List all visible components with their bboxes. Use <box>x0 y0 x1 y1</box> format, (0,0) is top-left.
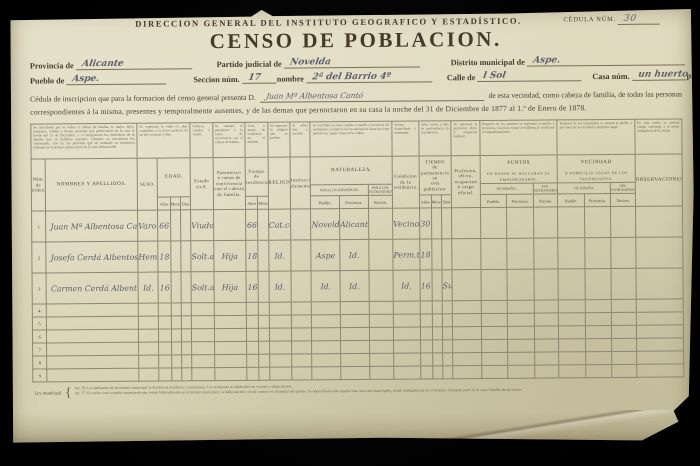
entry-cell <box>612 299 637 312</box>
entry-cell <box>171 355 181 368</box>
entry-cell <box>247 354 259 367</box>
entry-cell <box>453 327 482 340</box>
entry-cell: 66 <box>158 210 170 241</box>
entry-cell: 18 <box>246 240 258 271</box>
entry-cell <box>432 301 442 314</box>
col-profesion: Profesion, oficio, ocupacion ó cargo ofi… <box>451 156 480 208</box>
entry-cell: 16 <box>420 270 432 301</box>
entry-cell <box>534 326 559 339</box>
entry-cell <box>559 326 586 339</box>
entry-cell <box>368 239 393 270</box>
entry-cell <box>259 302 269 315</box>
puntos-title: PUNTOS <box>507 161 530 166</box>
distrito-label: Distrito municipal de <box>451 58 528 68</box>
entry-cell <box>585 300 612 313</box>
entry-cell <box>480 207 507 238</box>
vecindad-extranjero: DEL EXTRANJERO. <box>611 182 636 193</box>
row-number-cell: 4 <box>32 304 46 317</box>
entry-cell <box>612 325 637 338</box>
entry-cell <box>559 300 586 313</box>
row-number-cell: 3 <box>32 273 47 304</box>
entry-cell <box>213 209 246 240</box>
entry-cell <box>369 270 394 301</box>
instructions-row: Se inscribirán por su órden el cabeza de… <box>31 119 682 159</box>
entry-cell <box>214 341 247 354</box>
entry-cell <box>452 239 481 270</box>
col-edad-group: EDAD. <box>158 158 191 197</box>
col-sexo: SEXO. <box>137 158 158 210</box>
entry-cell <box>559 313 586 326</box>
entry-cell <box>585 326 612 339</box>
col-puntos-group: PUNTOS EN DONDE SE HALLABAN AL EMPADRONA… <box>480 155 558 184</box>
puntos-subtitle: EN DONDE SE HALLABAN AL EMPADRONARSE. <box>487 172 550 182</box>
entry-cell <box>611 237 636 268</box>
entry-cell <box>182 368 192 381</box>
entry-cell <box>291 328 311 341</box>
entry-cell <box>431 208 441 239</box>
cedula-value: 30 <box>618 15 662 25</box>
entry-cell: Vecino <box>393 208 420 239</box>
entry-cell <box>192 355 215 368</box>
entry-cell <box>368 208 393 239</box>
entry-cell <box>341 353 370 366</box>
entry-cell <box>507 269 534 300</box>
instruction-cell: Vecino, domiciliado ó transeunte. <box>392 121 419 156</box>
entry-cell: Juan Mª Albentosa Cantó <box>46 210 138 242</box>
entry-cell <box>636 237 683 268</box>
entry-cell <box>139 368 159 381</box>
casa-label: Casa núm. <box>592 72 632 81</box>
col-observaciones: OBSERVACIONES. <box>635 154 683 206</box>
entry-cell <box>508 365 535 378</box>
entry-cell <box>394 366 421 379</box>
entry-cell: 16 <box>158 272 170 303</box>
entry-cell <box>442 314 452 327</box>
entry-cell <box>443 353 453 366</box>
entry-cell <box>138 316 158 329</box>
pueblo-label: Pueblo de <box>30 76 67 85</box>
col-num-orden: Núm. de órden. <box>31 159 46 211</box>
entry-cell: 18 <box>158 241 170 272</box>
puntos-nacion: Nacion. <box>533 194 558 207</box>
entry-cell <box>481 352 508 365</box>
instruction-cell: Se expresará la religion que se profese. <box>267 122 290 157</box>
nombre-value: 2ª del Barrio 4º <box>306 72 434 83</box>
entry-cell <box>508 313 535 326</box>
footnote-text: Art. 16. Los habitantes de un término mu… <box>74 382 672 396</box>
document-content: DIRECCION GENERAL DEL INSTITUTO GEOGRAFI… <box>30 14 685 398</box>
entry-cell <box>369 301 394 314</box>
instruction-cell: Años, meses y dias de permanencia en la … <box>418 121 451 156</box>
row-number-cell: 1 <box>32 211 47 242</box>
entry-cell <box>291 302 311 315</box>
entry-cell <box>432 340 442 353</box>
entry-cell <box>214 302 247 315</box>
entry-cell <box>258 209 268 240</box>
entry-cell: Id. <box>393 270 420 301</box>
piso-label: piso <box>687 71 700 80</box>
entry-cell <box>453 314 482 327</box>
col-tiempo-permanencia-group: TIEMPO de permanencia en esta poblacion. <box>419 156 452 195</box>
intro-line2: correspondientes á la misma, presentes y… <box>30 101 682 117</box>
entry-cell <box>585 269 612 300</box>
entry-cell <box>612 312 637 325</box>
entry-cell <box>171 272 181 303</box>
entry-cell: Carmen Cerdá Albentosa <box>46 272 138 304</box>
entry-cell <box>452 270 481 301</box>
entry-cell <box>340 327 369 340</box>
naturaleza-pueblo: Pueblo. <box>311 196 340 209</box>
entry-cell <box>181 241 191 272</box>
entry-cell <box>612 364 637 377</box>
census-document-paper: DIRECCION GENERAL DEL INSTITUTO GEOGRAFI… <box>7 5 695 452</box>
entry-cell <box>171 342 181 355</box>
entry-cell <box>420 353 432 366</box>
entry-cell <box>171 303 181 316</box>
entry-cell <box>481 339 508 352</box>
entry-cell <box>481 300 508 313</box>
vecindad-title: VECINDAD <box>581 160 612 165</box>
entry-cell <box>394 353 421 366</box>
page-title: CENSO DE POBLACION. <box>30 25 682 55</box>
entry-cell <box>559 339 586 352</box>
row-number-cell: 9 <box>33 369 47 382</box>
entry-cell <box>507 207 534 238</box>
entry-cell <box>138 303 158 316</box>
entry-cell <box>170 210 180 241</box>
entry-cell <box>312 354 341 367</box>
paper-crease <box>379 410 695 442</box>
entry-cell <box>159 355 171 368</box>
entry-cell: Aspe <box>311 240 340 271</box>
entry-cell <box>214 367 247 380</box>
entry-cell <box>269 341 292 354</box>
entry-cell <box>612 338 637 351</box>
entry-cell <box>259 341 269 354</box>
entry-cell <box>258 271 268 302</box>
entry-cell <box>508 352 535 365</box>
col-vecindad-group: VECINDAD Ó DOMICILIO LEGAL DE LOS TRANSE… <box>557 154 635 183</box>
entry-cell <box>534 269 559 300</box>
entry-cell <box>247 367 259 380</box>
entry-cell: Novelda <box>311 209 340 240</box>
entry-cell <box>191 303 214 316</box>
instruction-cell: Respecto de los ausentes se expresará el… <box>480 120 558 156</box>
row-number-cell: 2 <box>32 242 47 273</box>
intro-pre: Cédula de inscripcion que para la formac… <box>30 92 256 105</box>
entry-cell <box>180 210 190 241</box>
entry-cell <box>534 352 559 365</box>
entry-cell: 30 <box>419 208 431 239</box>
row-number-cell: 6 <box>32 330 46 343</box>
entry-cell <box>453 353 482 366</box>
entry-cell <box>340 301 369 314</box>
entry-cell <box>481 313 508 326</box>
partido-value: Novelda <box>284 57 422 68</box>
seccion-label: Seccion núm. <box>193 75 242 84</box>
entry-cell: Varon <box>138 210 159 241</box>
entry-cell <box>585 313 612 326</box>
entry-cell <box>369 327 394 340</box>
entry-cell: Id. <box>268 240 291 271</box>
entry-cell <box>47 329 139 343</box>
entry-cell <box>442 239 452 270</box>
entry-cell <box>393 314 420 327</box>
seccion-value: 17 <box>242 74 278 84</box>
entry-cell <box>192 368 215 381</box>
entry-cell <box>442 208 452 239</box>
entry-cell: Josefa Cerdá Albentosa <box>46 241 138 273</box>
casa-value: un huerto <box>632 70 688 80</box>
entry-cell <box>420 314 432 327</box>
entry-cell: Viudo <box>191 210 214 241</box>
entry-cell <box>585 238 612 269</box>
entry-cell <box>508 326 535 339</box>
entry-cell <box>269 328 292 341</box>
entry-cell <box>192 342 215 355</box>
entry-cell <box>482 365 509 378</box>
entry-cell <box>269 315 292 328</box>
col-religion: RELIGION. <box>268 157 291 209</box>
vecindad-pueblo: Pueblo. <box>558 194 585 207</box>
entry-cell <box>170 241 180 272</box>
entry-cell <box>420 301 432 314</box>
entry-cell <box>181 316 191 329</box>
nombre-label: nombre <box>277 74 307 83</box>
entry-cell: Id. <box>340 239 369 270</box>
entry-cell <box>452 301 481 314</box>
entry-cell <box>246 302 258 315</box>
entry-cell <box>47 303 139 317</box>
instruction-cell: Se inscribirá en estas casillas el puebl… <box>310 121 392 157</box>
edad-dias: Dias <box>180 197 190 210</box>
entry-cell: 66 <box>246 209 258 240</box>
entry-cell <box>292 341 312 354</box>
entry-cell: Alicante <box>340 208 369 239</box>
entry-cell <box>214 354 247 367</box>
entry-cell <box>259 315 269 328</box>
entry-cell <box>291 271 312 302</box>
entry-cell <box>259 328 269 341</box>
entry-cell: Hija <box>213 240 246 271</box>
entry-cell <box>433 366 443 379</box>
form-row-town: Pueblo de Aspe. Seccion núm. 17 nombre 2… <box>30 70 682 85</box>
col-tiempo-residencia-group: Tiempo de residencia. <box>245 157 268 196</box>
entry-cell <box>47 355 139 369</box>
entry-cell <box>453 340 482 353</box>
calle-value: l Sol <box>478 71 584 82</box>
entry-cell <box>269 367 292 380</box>
legal-footnote: Ley municipal. { Art. 16. Los habitantes… <box>32 381 684 398</box>
entry-cell <box>508 300 535 313</box>
cedula-label: CÉDULA NÚM. <box>564 16 617 23</box>
entry-cell <box>47 368 139 382</box>
footnote-label: Ley municipal. <box>34 390 62 395</box>
entry-cell <box>159 303 171 316</box>
edad-meses: Meses <box>170 197 180 210</box>
intro-post: de esta vecindad, como cabeza de familia… <box>489 88 683 101</box>
entry-cell <box>508 339 535 352</box>
entry-cell <box>292 367 312 380</box>
entry-cell <box>612 351 637 364</box>
naturaleza-extranjeros: PARA LOS EXTRANJEROS. <box>368 184 393 195</box>
tres-anos: Años <box>246 196 258 209</box>
entry-cell <box>636 338 683 351</box>
entry-cell <box>586 365 613 378</box>
entry-cell <box>214 315 247 328</box>
entry-cell <box>47 342 139 356</box>
entry-cell <box>369 340 394 353</box>
entry-cell <box>291 240 312 271</box>
entry-cell <box>611 206 636 237</box>
entry-cell <box>369 366 394 379</box>
instruction-cell: Solteros, casados ó viudos. <box>190 123 213 158</box>
col-naturaleza-group: NATURALEZA. <box>311 156 393 185</box>
puntos-provincia: Provincia. <box>507 194 534 207</box>
entry-cell <box>452 208 481 239</box>
entry-cell <box>269 354 292 367</box>
instruction-cell: Se anotará el parentesco ó la razon de c… <box>212 122 245 157</box>
instruction-cell: Se expresará la edad en años cumplidos, … <box>137 123 190 158</box>
entry-cell <box>291 315 311 328</box>
entry-cell <box>432 353 442 366</box>
vecindad-nacion: Nacion. <box>611 193 636 206</box>
instruction-cell: Se expresará la profesion, oficio ú ocup… <box>451 121 480 156</box>
entry-cell <box>312 367 341 380</box>
tperm-anos: Años <box>419 195 431 208</box>
row-number-cell: 7 <box>33 343 47 356</box>
entry-cell <box>312 328 341 341</box>
entry-cell <box>453 366 482 379</box>
entry-cell: Solt.a <box>191 272 214 303</box>
entry-cell <box>636 325 683 338</box>
entry-cell <box>558 238 585 269</box>
entry-cell <box>534 238 559 269</box>
entry-cell <box>159 329 171 342</box>
entry-cell <box>312 315 341 328</box>
entry-cell <box>432 239 442 270</box>
census-table-head: Se inscribirán por su órden el cabeza de… <box>31 119 683 211</box>
entry-cell: Hija <box>214 271 247 302</box>
entry-cell <box>533 207 558 238</box>
entry-cell: Id. <box>269 271 292 302</box>
puntos-espana: DE ESPAÑA. <box>480 183 533 194</box>
entry-cell <box>481 238 508 269</box>
calle-label: Calle de <box>447 73 479 82</box>
entry-cell <box>636 268 683 299</box>
vecindad-espana: DE ESPAÑA. <box>558 183 611 194</box>
instruction-cell: Si saben leer y escribir. <box>290 122 311 157</box>
entry-cell: Id. <box>138 272 159 303</box>
census-table-body: 1Juan Mª Albentosa CantóVaron66Viudo66Ca… <box>32 206 684 382</box>
census-table: Se inscribirán por su órden el cabeza de… <box>30 118 684 382</box>
entry-cell <box>636 299 683 312</box>
entry-cell <box>139 355 159 368</box>
entry-cell <box>191 316 214 329</box>
entry-cell <box>159 342 171 355</box>
entry-cell <box>481 326 508 339</box>
col-estado-civil: Estado civil. <box>190 158 213 210</box>
tperm-meses: Meses <box>431 195 441 208</box>
entry-cell <box>159 368 171 381</box>
entry-cell <box>247 341 259 354</box>
brace-glyph: { <box>65 386 71 398</box>
instruction-cell: Se inscribirán por su órden el cabeza de… <box>31 123 137 159</box>
naturaleza-provincia: Provincia. <box>339 195 368 208</box>
inscription-paragraph: Cédula de inscripcion que para la formac… <box>30 87 682 117</box>
col-instruccion: Instruccion elemental. <box>290 157 311 209</box>
entry-cell <box>393 301 420 314</box>
tres-meses: Meses <box>258 196 268 209</box>
entry-cell <box>432 327 442 340</box>
col-residencia: Condicion de la residencia. <box>392 156 419 208</box>
entry-cell <box>394 327 421 340</box>
entry-cell <box>341 366 370 379</box>
form-row-province: Provincia de Alicante Partido judicial d… <box>30 55 682 70</box>
entry-cell <box>258 240 268 271</box>
entry-cell <box>181 329 191 342</box>
entry-cell <box>139 342 159 355</box>
table-row: 2Josefa Cerdá AlbentosaHem.a18Solt.aHija… <box>32 237 683 273</box>
entry-cell <box>171 316 181 329</box>
entry-cell <box>369 353 394 366</box>
col-nombres: NOMBRES Y APELLIDOS. <box>45 158 137 211</box>
entry-cell <box>369 314 394 327</box>
entry-cell <box>341 340 370 353</box>
entry-cell <box>432 270 442 301</box>
entry-cell: Solt.a <box>191 241 214 272</box>
entry-cell: Perm.te <box>393 239 420 270</box>
vecindad-provincia: Provincia. <box>584 194 611 207</box>
entry-cell <box>292 354 312 367</box>
entry-cell <box>559 352 586 365</box>
entry-cell <box>637 364 684 377</box>
entry-cell <box>481 269 508 300</box>
entry-cell <box>442 327 452 340</box>
provincia-value: Alicante <box>76 59 194 70</box>
entry-cell <box>559 365 586 378</box>
tperm-dias: Dias <box>441 195 451 208</box>
entry-cell <box>535 365 560 378</box>
entry-cell <box>181 303 191 316</box>
naturaleza-nacion: Nacion. <box>368 195 393 208</box>
cedula-number: CÉDULA NÚM. 30 <box>564 14 682 25</box>
entry-cell <box>432 314 442 327</box>
entry-cell <box>139 329 159 342</box>
entry-cell <box>259 354 269 367</box>
entry-cell <box>171 368 181 381</box>
entry-cell <box>291 209 312 240</box>
entry-cell <box>182 355 192 368</box>
col-parentesco: Parentesco ó razon de convivencia con el… <box>213 157 246 209</box>
entry-cell <box>171 329 181 342</box>
entry-cell: Sus labores <box>442 270 452 301</box>
head-of-family-name: Juan Mª Albentosa Cantó <box>260 89 485 103</box>
naturaleza-espanoles: PARA LOS ESPAÑOLES. <box>311 184 368 195</box>
table-row: 1Juan Mª Albentosa CantóVaron66Viudo66Ca… <box>32 206 683 242</box>
header-row-main: Núm. de órden. NOMBRES Y APELLIDOS. SEXO… <box>31 154 682 187</box>
entry-cell <box>420 340 432 353</box>
entry-cell <box>340 314 369 327</box>
puntos-pueblo: Pueblo. <box>480 194 507 207</box>
entry-cell: 16 <box>246 271 258 302</box>
instruction-cell: Años y meses de residencia en el término… <box>245 122 268 157</box>
pueblo-value: Aspe. <box>67 74 169 85</box>
entry-cell <box>534 339 559 352</box>
entry-cell <box>247 328 259 341</box>
entry-cell <box>584 207 611 238</box>
entry-cell <box>420 327 432 340</box>
